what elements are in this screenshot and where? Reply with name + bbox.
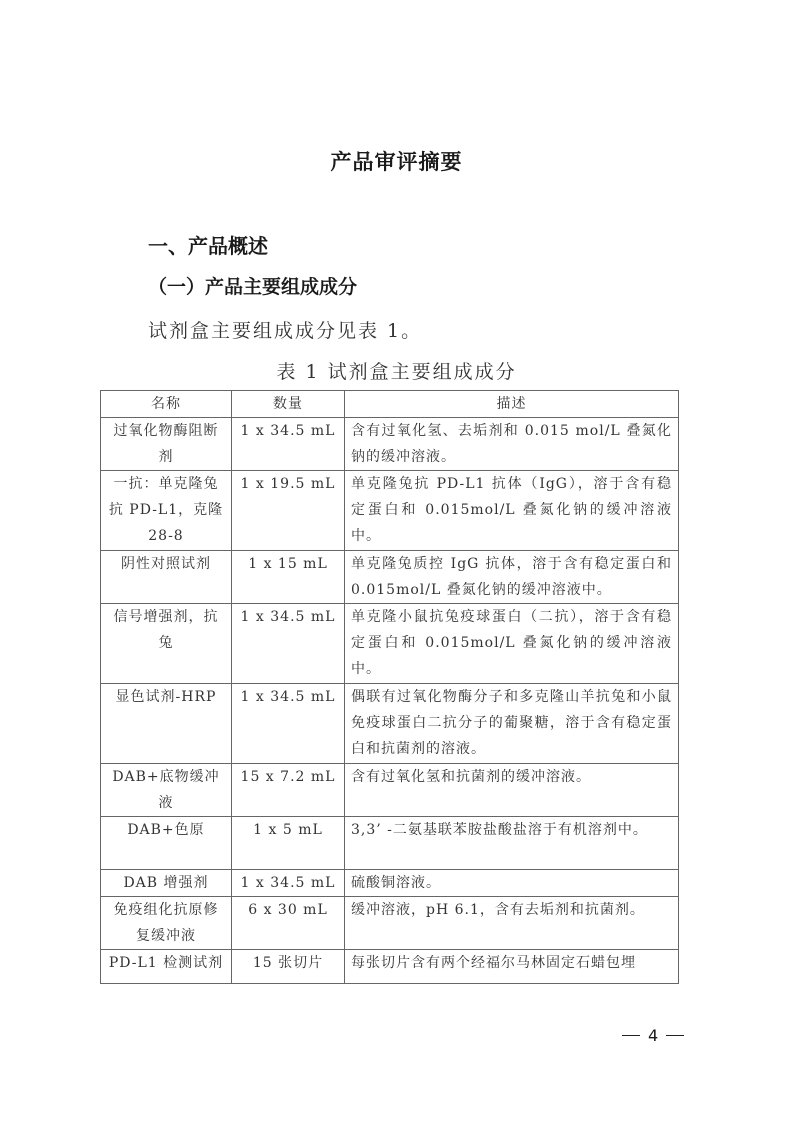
cell-name: 一抗：单克隆兔抗 PD-L1，克隆 28-8 bbox=[101, 471, 232, 551]
table-row: 免疫组化抗原修复缓冲液 6 x 30 mL 缓冲溶液，pH 6.1，含有去垢剂和… bbox=[101, 897, 679, 950]
cell-name: DAB+底物缓冲液 bbox=[101, 764, 232, 817]
cell-quantity: 15 x 7.2 mL bbox=[232, 764, 345, 817]
cell-name: 免疫组化抗原修复缓冲液 bbox=[101, 897, 232, 950]
intro-paragraph: 试剂盒主要组成成分见表 1。 bbox=[148, 316, 422, 343]
cell-description: 含有过氧化氢、去垢剂和 0.015 mol/L 叠氮化钠的缓冲溶液。 bbox=[345, 418, 679, 471]
header-name: 名称 bbox=[101, 391, 232, 418]
table-row: DAB+底物缓冲液 15 x 7.2 mL 含有过氧化氢和抗菌剂的缓冲溶液。 bbox=[101, 764, 679, 817]
table-row: 显色试剂-HRP 1 x 34.5 mL 偶联有过氧化物酶分子和多克隆山羊抗兔和… bbox=[101, 684, 679, 764]
cell-description: 缓冲溶液，pH 6.1，含有去垢剂和抗菌剂。 bbox=[345, 897, 679, 950]
table-row: PD-L1 检测试剂 15 张切片 每张切片含有两个经福尔马林固定石蜡包埋 bbox=[101, 950, 679, 984]
cell-name: DAB 增强剂 bbox=[101, 870, 232, 897]
cell-quantity: 6 x 30 mL bbox=[232, 897, 345, 950]
cell-quantity: 15 张切片 bbox=[232, 950, 345, 984]
cell-quantity: 1 x 34.5 mL bbox=[232, 418, 345, 471]
cell-quantity: 1 x 19.5 mL bbox=[232, 471, 345, 551]
table-row: DAB+色原 1 x 5 mL 3,3’ -二氨基联苯胺盐酸盐溶于有机溶剂中。 bbox=[101, 817, 679, 870]
cell-quantity: 1 x 34.5 mL bbox=[232, 870, 345, 897]
cell-quantity: 1 x 5 mL bbox=[232, 817, 345, 870]
cell-quantity: 1 x 34.5 mL bbox=[232, 684, 345, 764]
cell-name: 阴性对照试剂 bbox=[101, 551, 232, 604]
cell-description: 单克隆兔质控 IgG 抗体，溶于含有稳定蛋白和 0.015mol/L 叠氮化钠的… bbox=[345, 551, 679, 604]
table-row: 过氧化物酶阻断剂 1 x 34.5 mL 含有过氧化氢、去垢剂和 0.015 m… bbox=[101, 418, 679, 471]
cell-quantity: 1 x 15 mL bbox=[232, 551, 345, 604]
dash-left bbox=[622, 1035, 640, 1036]
table-caption: 表 1 试剂盒主要组成成分 bbox=[0, 357, 793, 384]
subsection-heading: （一）产品主要组成成分 bbox=[148, 272, 357, 299]
section-heading: 一、产品概述 bbox=[148, 230, 268, 259]
cell-description: 单克隆兔抗 PD-L1 抗体（IgG），溶于含有稳定蛋白和 0.015mol/L… bbox=[345, 471, 679, 551]
table-row: 阴性对照试剂 1 x 15 mL 单克隆兔质控 IgG 抗体，溶于含有稳定蛋白和… bbox=[101, 551, 679, 604]
components-table: 名称 数量 描述 过氧化物酶阻断剂 1 x 34.5 mL 含有过氧化氢、去垢剂… bbox=[100, 390, 679, 984]
header-quantity: 数量 bbox=[232, 391, 345, 418]
cell-description: 偶联有过氧化物酶分子和多克隆山羊抗兔和小鼠免疫球蛋白二抗分子的葡聚糖，溶于含有稳… bbox=[345, 684, 679, 764]
table-row: 一抗：单克隆兔抗 PD-L1，克隆 28-8 1 x 19.5 mL 单克隆兔抗… bbox=[101, 471, 679, 551]
header-description: 描述 bbox=[345, 391, 679, 418]
document-title: 产品审评摘要 bbox=[0, 146, 793, 176]
cell-name: DAB+色原 bbox=[101, 817, 232, 870]
cell-description: 每张切片含有两个经福尔马林固定石蜡包埋 bbox=[345, 950, 679, 984]
cell-name: 过氧化物酶阻断剂 bbox=[101, 418, 232, 471]
cell-description: 3,3’ -二氨基联苯胺盐酸盐溶于有机溶剂中。 bbox=[345, 817, 679, 870]
dash-right bbox=[666, 1035, 684, 1036]
page-footer: 4 bbox=[622, 1026, 684, 1045]
table-row: DAB 增强剂 1 x 34.5 mL 硫酸铜溶液。 bbox=[101, 870, 679, 897]
table-row: 信号增强剂，抗兔 1 x 34.5 mL 单克隆小鼠抗兔疫球蛋白（二抗），溶于含… bbox=[101, 604, 679, 684]
cell-name: 显色试剂-HRP bbox=[101, 684, 232, 764]
table-header-row: 名称 数量 描述 bbox=[101, 391, 679, 418]
cell-description: 含有过氧化氢和抗菌剂的缓冲溶液。 bbox=[345, 764, 679, 817]
cell-name: 信号增强剂，抗兔 bbox=[101, 604, 232, 684]
page-number: 4 bbox=[648, 1026, 658, 1045]
cell-description: 硫酸铜溶液。 bbox=[345, 870, 679, 897]
cell-name: PD-L1 检测试剂 bbox=[101, 950, 232, 984]
cell-quantity: 1 x 34.5 mL bbox=[232, 604, 345, 684]
cell-description: 单克隆小鼠抗兔疫球蛋白（二抗），溶于含有稳定蛋白和 0.015mol/L 叠氮化… bbox=[345, 604, 679, 684]
